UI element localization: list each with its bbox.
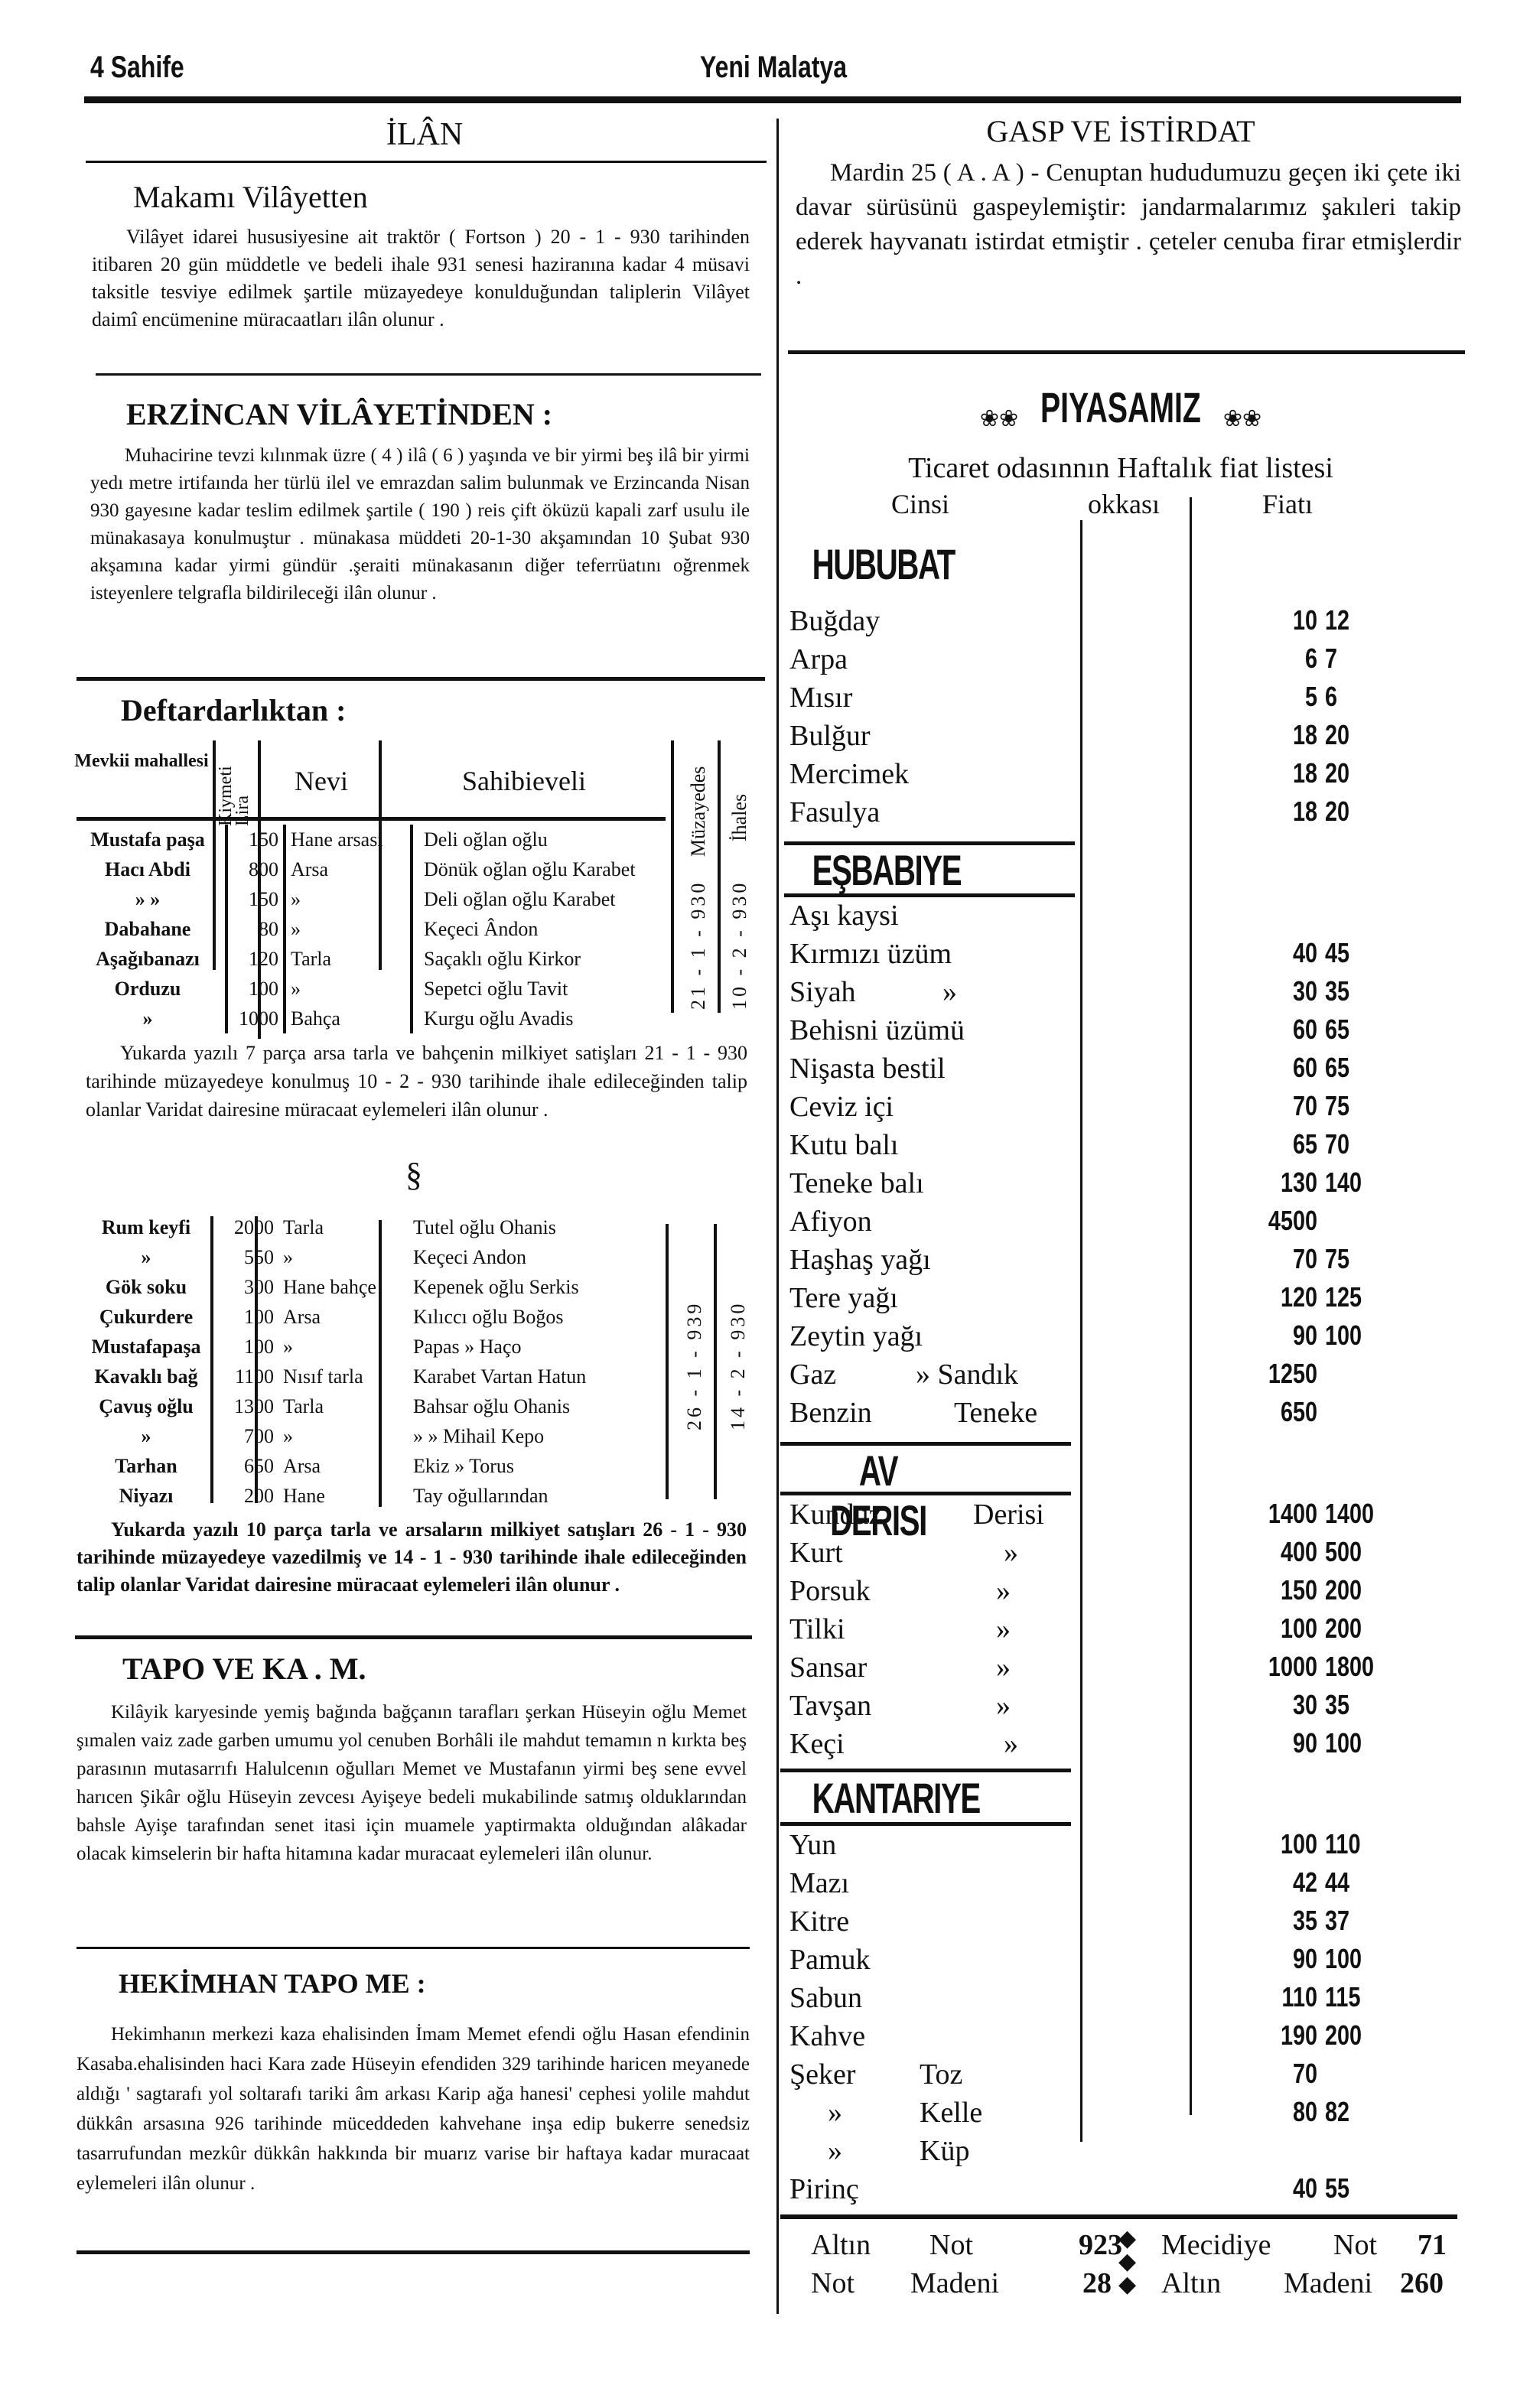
cell-kiymet: 1000 bbox=[226, 1004, 285, 1033]
cell-mevkii: Gök soku bbox=[69, 1272, 223, 1302]
table-row: Aşağıbanazı 120 Tarla Saçaklı oğlu Kirko… bbox=[70, 944, 711, 974]
ilan-title-rule bbox=[86, 161, 767, 163]
price-row: Kırmızı üzüm4045 bbox=[789, 937, 1463, 975]
price-row: Porsuk»150200 bbox=[789, 1574, 1463, 1612]
cell-sahibi: Deli oğlan oğlu Karabet bbox=[412, 884, 711, 914]
cell-mevkii: » bbox=[69, 1242, 223, 1272]
price-row: Kitre3537 bbox=[789, 1905, 1463, 1943]
col-header-ihale: İhales bbox=[728, 765, 751, 841]
price-row: Haşhaş yağı7075 bbox=[789, 1243, 1463, 1281]
cell-nevi: Arsa bbox=[278, 1451, 402, 1481]
cell-kiymet: 800 bbox=[226, 854, 285, 884]
table1-ihale-date: 10 - 2 - 930 bbox=[728, 880, 751, 1010]
table-row: Mustafapaşa100»Papas » Haço bbox=[69, 1332, 701, 1362]
table-row: »550»Keçeci Andon bbox=[69, 1242, 701, 1272]
category-kantariye: KANTARIYE bbox=[812, 1773, 945, 1823]
cell-nevi: » bbox=[285, 974, 412, 1004]
price-row: Mısır56 bbox=[789, 681, 1463, 719]
table-row: Niyazı200HaneTay oğullarından bbox=[69, 1481, 701, 1511]
price-list-end-rule bbox=[780, 2214, 1457, 2219]
price-row: Ceviz içi7075 bbox=[789, 1090, 1463, 1128]
flower-ornament-icon: ❀❀ bbox=[980, 408, 1018, 431]
cell-mevkii: Hacı Abdi bbox=[70, 854, 226, 884]
cell-nevi: Tarla bbox=[285, 944, 412, 974]
cell-sahibi: » » Mihail Kepo bbox=[402, 1421, 701, 1451]
cell-kiymet: 550 bbox=[223, 1242, 278, 1272]
masthead-rule bbox=[84, 96, 1461, 103]
defterdarlik-table-1: Mustafa paşa 150 Hane arsası Deli oğlan … bbox=[70, 825, 711, 1033]
currency-row: Mecidiye Not 71 bbox=[1161, 2226, 1467, 2264]
table-row: Çavuş oğlu1300TarlaBahsar oğlu Ohanis bbox=[69, 1391, 701, 1421]
col-header-cinsi: Cinsi bbox=[891, 488, 949, 520]
cell-kiymet: 650 bbox=[223, 1451, 278, 1481]
currency-left: Altın Not 923 Not Madeni 28 bbox=[811, 2226, 1132, 2302]
cell-kiymet: 100 bbox=[223, 1332, 278, 1362]
table2-ihale-date: 14 - 2 - 930 bbox=[727, 1293, 750, 1430]
cell-sahibi: Bahsar oğlu Ohanis bbox=[402, 1391, 701, 1421]
ilan-body: Vilâyet idarei hususiyesine ait traktör … bbox=[92, 223, 750, 334]
defterdarlik-title: Deftardarlıktan : bbox=[121, 692, 346, 728]
cell-sahibi: Kurgu oğlu Avadis bbox=[412, 1004, 711, 1033]
cell-sahibi: Keçeci Andon bbox=[402, 1242, 701, 1272]
defterdarlik-table-2: Rum keyfi2000TarlaTutel oğlu Ohanis »550… bbox=[69, 1212, 701, 1511]
category-rule bbox=[780, 1822, 1071, 1826]
cell-mevkii: Mustafa paşa bbox=[70, 825, 226, 854]
defterdarlik-note-2: Yukarda yazılı 10 parça tarla ve arsalar… bbox=[76, 1516, 747, 1599]
cell-mevkii: Çukurdere bbox=[69, 1302, 223, 1332]
hekimhan-body: Hekimhanın merkezi kaza ehalisinden İmam… bbox=[76, 2019, 750, 2198]
cell-kiymet: 200 bbox=[223, 1481, 278, 1511]
ilan-end-rule bbox=[96, 373, 761, 376]
cell-nevi: » bbox=[285, 884, 412, 914]
cell-sahibi: Dönük oğlan oğlu Karabet bbox=[412, 854, 711, 884]
price-row: Arpa67 bbox=[789, 643, 1463, 681]
cell-mevkii: Kavaklı bağ bbox=[69, 1362, 223, 1391]
flower-ornament-icon: ❀❀ bbox=[1223, 408, 1261, 431]
cell-sahibi: Sepetci oğlu Tavit bbox=[412, 974, 711, 1004]
cell-nevi: Hane bbox=[278, 1481, 402, 1511]
currency-row: Altın Not 923 bbox=[811, 2226, 1132, 2264]
price-row: Behisni üzümü6065 bbox=[789, 1014, 1463, 1052]
price-row: Kutu balı6570 bbox=[789, 1128, 1463, 1167]
col-header-fiati: Fiatı bbox=[1262, 488, 1313, 520]
cell-mevkii: » bbox=[69, 1421, 223, 1451]
price-row: Sansar»10001800 bbox=[789, 1651, 1463, 1689]
table-row: Tarhan650ArsaEkiz » Torus bbox=[69, 1451, 701, 1481]
piyasa-subtitle: Ticaret odasınnın Haftalık fiat listesi bbox=[780, 451, 1461, 485]
price-row: Zeytin yağı90100 bbox=[789, 1320, 1463, 1358]
cell-kiymet: 150 bbox=[226, 884, 285, 914]
piyasa-title: PIYASAMIZ bbox=[1040, 382, 1201, 432]
category-hububat: HUBUBAT bbox=[812, 539, 945, 589]
table-row: Gök soku300Hane bahçeKepenek oğlu Serkis bbox=[69, 1272, 701, 1302]
gasp-end-rule bbox=[788, 350, 1465, 354]
cell-sahibi: Kepenek oğlu Serkis bbox=[402, 1272, 701, 1302]
cell-mevkii: Dabahane bbox=[70, 914, 226, 944]
price-row: Tavşan»3035 bbox=[789, 1689, 1463, 1727]
price-row: Yun100110 bbox=[789, 1828, 1463, 1866]
cell-nevi: Tarla bbox=[278, 1391, 402, 1421]
table-row: »700»» » Mihail Kepo bbox=[69, 1421, 701, 1451]
col-header-sahibi: Sahibieveli bbox=[382, 765, 666, 797]
col-header-mevkii: Mevkii mahallesi bbox=[73, 748, 210, 774]
cell-nevi: » bbox=[278, 1421, 402, 1451]
table-row: Orduzu 100 » Sepetci oğlu Tavit bbox=[70, 974, 711, 1004]
table-row: Rum keyfi2000TarlaTutel oğlu Ohanis bbox=[69, 1212, 701, 1242]
cell-kiymet: 300 bbox=[223, 1272, 278, 1302]
price-row: Kahve190200 bbox=[789, 2019, 1463, 2058]
cell-nevi: Arsa bbox=[278, 1302, 402, 1332]
tapo-title: TAPO VE KA . M. bbox=[122, 1651, 366, 1687]
gasp-body: Mardin 25 ( A . A ) - Cenuptan hududumuz… bbox=[796, 156, 1461, 294]
cell-kiymet: 2000 bbox=[223, 1212, 278, 1242]
table1-vline-5 bbox=[718, 740, 721, 1013]
cell-sahibi: Deli oğlan oğlu bbox=[412, 825, 711, 854]
price-row: Fasulya1820 bbox=[789, 796, 1463, 834]
currency-row: Not Madeni 28 bbox=[811, 2264, 1132, 2302]
price-row: Afiyon4500 bbox=[789, 1205, 1463, 1243]
section-mark: § bbox=[405, 1155, 422, 1194]
cell-nevi: Arsa bbox=[285, 854, 412, 884]
col-header-kiymeti: Kiymeti Lira bbox=[217, 742, 251, 826]
ilan-title: İLÂN bbox=[84, 116, 765, 153]
cell-nevi: » bbox=[278, 1242, 402, 1272]
cell-sahibi: Papas » Haço bbox=[402, 1332, 701, 1362]
price-row: Sabun110115 bbox=[789, 1981, 1463, 2019]
category-rule bbox=[784, 893, 1075, 897]
category-rule bbox=[780, 1769, 1071, 1772]
price-row: Gaz» Sandık1250 bbox=[789, 1358, 1463, 1396]
table2-vline-5 bbox=[714, 1224, 717, 1499]
cell-mevkii: Rum keyfi bbox=[69, 1212, 223, 1242]
price-row: »Küp bbox=[789, 2134, 1463, 2172]
cell-sahibi: Tay oğullarından bbox=[402, 1481, 701, 1511]
cell-sahibi: Ekiz » Torus bbox=[402, 1451, 701, 1481]
hekimhan-title: HEKİMHAN TAPO ME : bbox=[119, 1967, 426, 2000]
cell-kiymet: 1300 bbox=[223, 1391, 278, 1421]
cell-kiymet: 100 bbox=[223, 1302, 278, 1332]
price-row: ŞekerToz70 bbox=[789, 2058, 1463, 2096]
table2-muzayede-date: 26 - 1 - 939 bbox=[683, 1293, 706, 1430]
cell-nevi: » bbox=[285, 914, 412, 944]
cell-kiymet: 1100 bbox=[223, 1362, 278, 1391]
gasp-title: GASP VE İSTİRDAT bbox=[780, 113, 1461, 149]
price-row: Nişasta bestil6065 bbox=[789, 1052, 1463, 1090]
cell-nevi: Hane bahçe bbox=[278, 1272, 402, 1302]
price-row: Keçi»90100 bbox=[789, 1727, 1463, 1765]
cell-kiymet: 80 bbox=[226, 914, 285, 944]
price-row: KunduzDerisi14001400 bbox=[789, 1498, 1463, 1536]
price-row: »Kelle8082 bbox=[789, 2096, 1463, 2134]
table-row: Mustafa paşa 150 Hane arsası Deli oğlan … bbox=[70, 825, 711, 854]
price-row: Pirinç4055 bbox=[789, 2172, 1463, 2211]
cell-sahibi: Kılıccı oğlu Boğos bbox=[402, 1302, 701, 1332]
cell-kiymet: 100 bbox=[226, 974, 285, 1004]
hekimhan-end-rule bbox=[76, 2250, 750, 2254]
price-row: Aşı kaysi bbox=[789, 899, 1463, 937]
table-row: Çukurdere100ArsaKılıccı oğlu Boğos bbox=[69, 1302, 701, 1332]
price-row: Mercimek1820 bbox=[789, 757, 1463, 796]
cell-sahibi: Tutel oğlu Ohanis bbox=[402, 1212, 701, 1242]
page-number-label: 4 Sahife bbox=[90, 50, 184, 85]
cell-mevkii: » bbox=[70, 1004, 226, 1033]
table-row: Dabahane 80 » Keçeci Ândon bbox=[70, 914, 711, 944]
table1-muzayede-date: 21 - 1 - 930 bbox=[687, 880, 710, 1010]
cell-kiymet: 120 bbox=[226, 944, 285, 974]
price-row: BenzinTeneke650 bbox=[789, 1396, 1463, 1434]
cell-nevi: Hane arsası bbox=[285, 825, 412, 854]
cell-sahibi: Keçeci Ândon bbox=[412, 914, 711, 944]
table-row: Kavaklı bağ1100Nısıf tarlaKarabet Vartan… bbox=[69, 1362, 701, 1391]
price-row: Mazı4244 bbox=[789, 1866, 1463, 1905]
table1-header-rule bbox=[76, 817, 666, 821]
piyasa-header: ❀❀ PIYASAMIZ ❀❀ bbox=[780, 382, 1461, 432]
ilan-subtitle: Makamı Vilâyetten bbox=[133, 179, 368, 215]
cell-nevi: » bbox=[278, 1332, 402, 1362]
cell-sahibi: Karabet Vartan Hatun bbox=[402, 1362, 701, 1391]
newspaper-title: Yeni Malatya bbox=[700, 50, 847, 85]
cell-nevi: Nısıf tarla bbox=[278, 1362, 402, 1391]
erzincan-title: ERZİNCAN VİLÂYETİNDEN : bbox=[126, 396, 552, 432]
cell-nevi: Tarla bbox=[278, 1212, 402, 1242]
tapo-end-rule bbox=[76, 1947, 750, 1949]
price-row: Pamuk90100 bbox=[789, 1943, 1463, 1981]
price-row: Bulğur1820 bbox=[789, 719, 1463, 757]
cell-kiymet: 150 bbox=[226, 825, 285, 854]
erzincan-body: Muhacirine tevzi kılınmak üzre ( 4 ) ilâ… bbox=[90, 442, 750, 607]
table-row: » 1000 Bahça Kurgu oğlu Avadis bbox=[70, 1004, 711, 1033]
price-row: Buğday1012 bbox=[789, 604, 1463, 643]
cell-sahibi: Saçaklı oğlu Kirkor bbox=[412, 944, 711, 974]
currency-separator-icon: ◆◆◆ bbox=[1118, 2227, 1136, 2296]
tapo-body: Kilâyik karyesinde yemiş bağında bağçanı… bbox=[76, 1698, 747, 1868]
table-row: Hacı Abdi 800 Arsa Dönük oğlan oğlu Kara… bbox=[70, 854, 711, 884]
category-esbabiye: EŞBABIYE bbox=[812, 845, 945, 895]
price-row: Teneke balı130140 bbox=[789, 1167, 1463, 1205]
col-header-okkasi: okkası bbox=[1088, 488, 1160, 520]
currency-right: Mecidiye Not 71 Altın Madeni 260 bbox=[1161, 2226, 1467, 2302]
cell-mevkii: Mustafapaşa bbox=[69, 1332, 223, 1362]
cell-mevkii: Çavuş oğlu bbox=[69, 1391, 223, 1421]
cell-mevkii: Niyazı bbox=[69, 1481, 223, 1511]
column-divider bbox=[776, 119, 779, 2314]
price-row: Siyah»3035 bbox=[789, 975, 1463, 1014]
table-row: » » 150 » Deli oğlan oğlu Karabet bbox=[70, 884, 711, 914]
col-header-nevi: Nevi bbox=[264, 765, 379, 797]
erzincan-end-rule bbox=[76, 677, 765, 681]
cell-mevkii: Aşağıbanazı bbox=[70, 944, 226, 974]
defterdarlik-end-rule bbox=[75, 1635, 752, 1639]
currency-row: Altın Madeni 260 bbox=[1161, 2264, 1467, 2302]
cell-mevkii: Orduzu bbox=[70, 974, 226, 1004]
price-row: Tilki»100200 bbox=[789, 1612, 1463, 1651]
cell-mevkii: » » bbox=[70, 884, 226, 914]
category-rule bbox=[780, 1492, 1071, 1495]
cell-nevi: Bahça bbox=[285, 1004, 412, 1033]
price-row: Kurt»400500 bbox=[789, 1536, 1463, 1574]
price-row: Tere yağı120125 bbox=[789, 1281, 1463, 1320]
cell-mevkii: Tarhan bbox=[69, 1451, 223, 1481]
defterdarlik-note-1: Yukarda yazılı 7 parça arsa tarla ve bah… bbox=[86, 1039, 747, 1124]
cell-kiymet: 700 bbox=[223, 1421, 278, 1451]
